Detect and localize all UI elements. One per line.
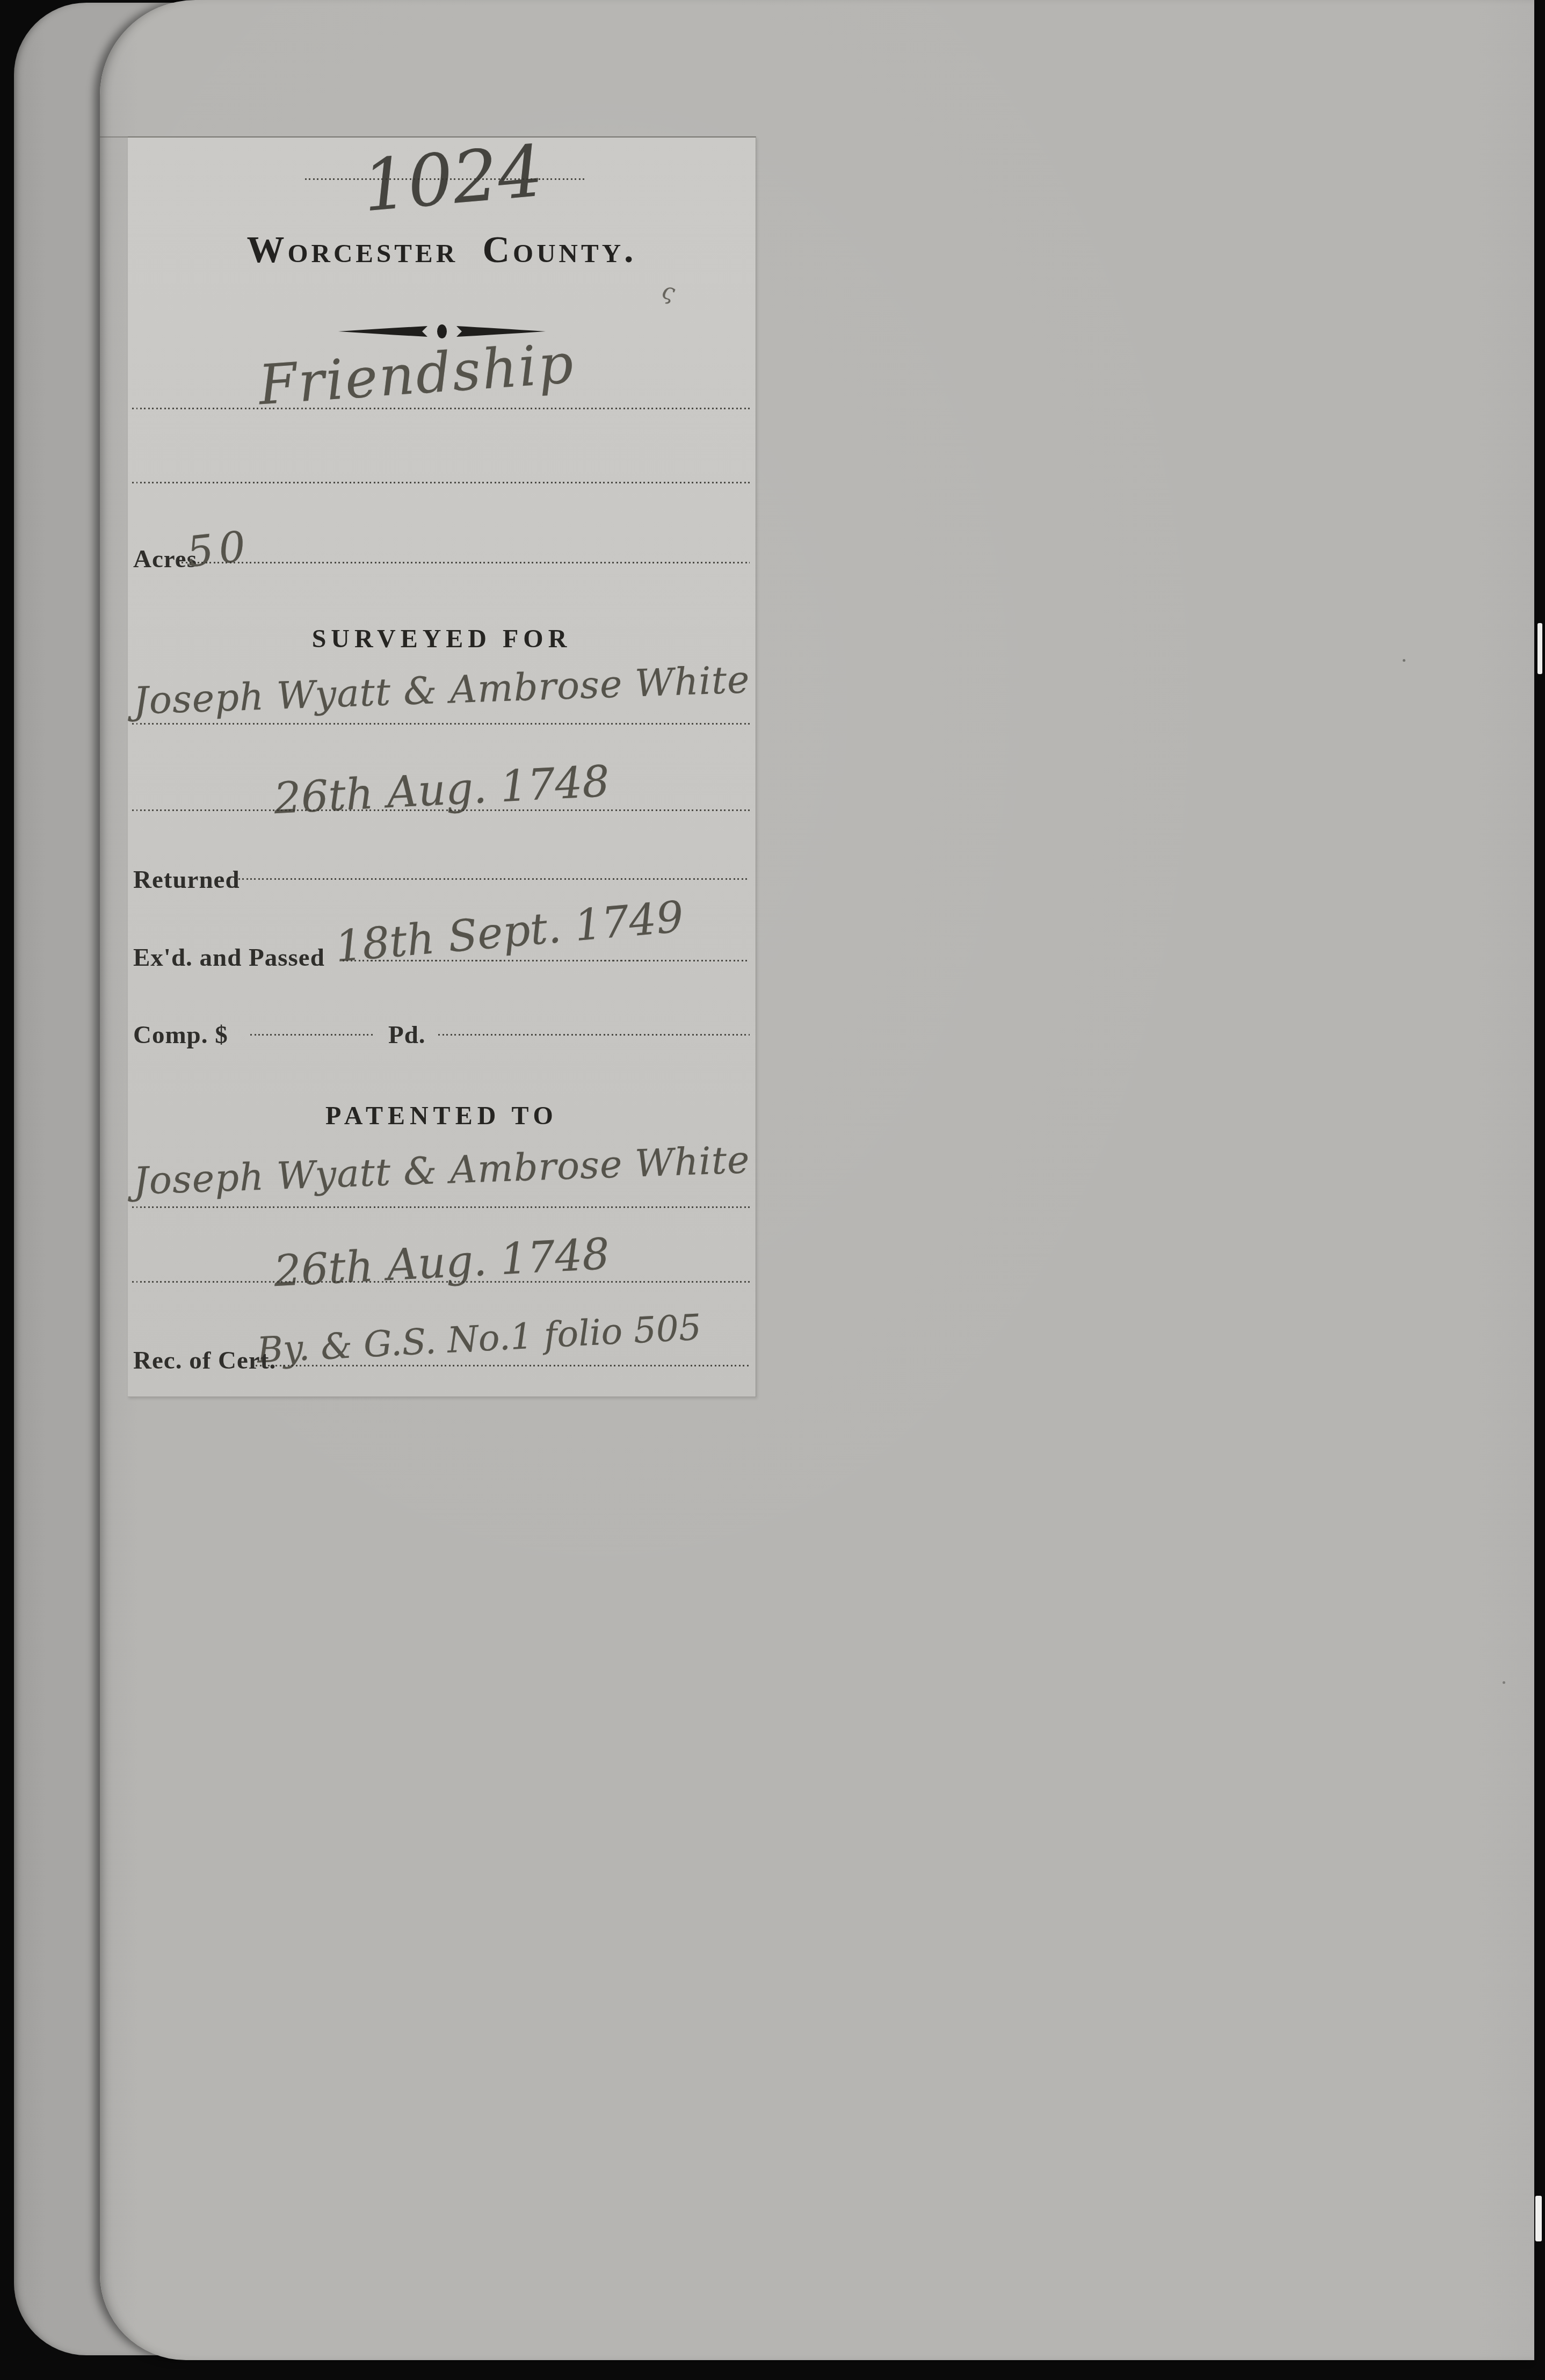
patented-name-dotted-line bbox=[132, 1206, 750, 1208]
comp-dotted-line bbox=[250, 1034, 375, 1036]
surveyed-date-handwriting: 26th Aug. 1748 bbox=[127, 748, 756, 831]
patented-date-dotted-line bbox=[132, 1281, 750, 1283]
returned-dotted-line bbox=[234, 878, 750, 880]
comp-label: Comp. $ bbox=[133, 1021, 228, 1050]
paper-crease bbox=[100, 136, 128, 138]
number-dotted-line bbox=[305, 178, 584, 180]
surveyed-name-dotted-line bbox=[132, 723, 750, 725]
surveyed-for-name-handwriting: Joseph Wyatt & Ambrose White bbox=[127, 657, 756, 724]
acres-value-handwriting: 50 bbox=[185, 522, 253, 577]
stray-ink-mark: ς bbox=[659, 277, 677, 306]
rec-cert-label: Rec. of Cert. bbox=[133, 1346, 276, 1375]
returned-label: Returned bbox=[133, 865, 240, 894]
county-heading: Worcester County. bbox=[128, 229, 756, 272]
record-card: 1024 Worcester County. ς Friendship Acre… bbox=[128, 136, 756, 1397]
tract-name-handwriting: Friendship bbox=[256, 332, 576, 418]
surveyed-for-heading: SURVEYED FOR bbox=[128, 624, 756, 654]
surveyed-date-dotted-line bbox=[132, 809, 750, 811]
scan-edge-sliver bbox=[1535, 2196, 1542, 2241]
patented-date-handwriting: 26th Aug. 1748 bbox=[127, 1221, 756, 1304]
paper-speck bbox=[1503, 1681, 1505, 1684]
scan-edge-sliver bbox=[1537, 623, 1542, 674]
pd-dotted-line bbox=[438, 1034, 750, 1036]
exd-passed-dotted-line bbox=[343, 960, 750, 961]
paper-speck bbox=[1403, 659, 1405, 662]
exd-passed-label: Ex'd. and Passed bbox=[133, 943, 325, 972]
patented-to-heading: PATENTED TO bbox=[128, 1101, 756, 1131]
rec-cert-value-handwriting: By. & G.S. No.1 folio 505 bbox=[256, 1306, 702, 1371]
rec-cert-dotted-line bbox=[256, 1365, 750, 1366]
pd-label: Pd. bbox=[388, 1021, 426, 1050]
patented-to-name-handwriting: Joseph Wyatt & Ambrose White bbox=[127, 1138, 756, 1204]
scanned-page: { "colors": { "scan_background": "#0a0a0… bbox=[0, 0, 1545, 2380]
tract-dotted-line bbox=[132, 408, 750, 409]
acres-dotted-line bbox=[182, 562, 750, 563]
blank-dotted-line bbox=[132, 482, 750, 483]
